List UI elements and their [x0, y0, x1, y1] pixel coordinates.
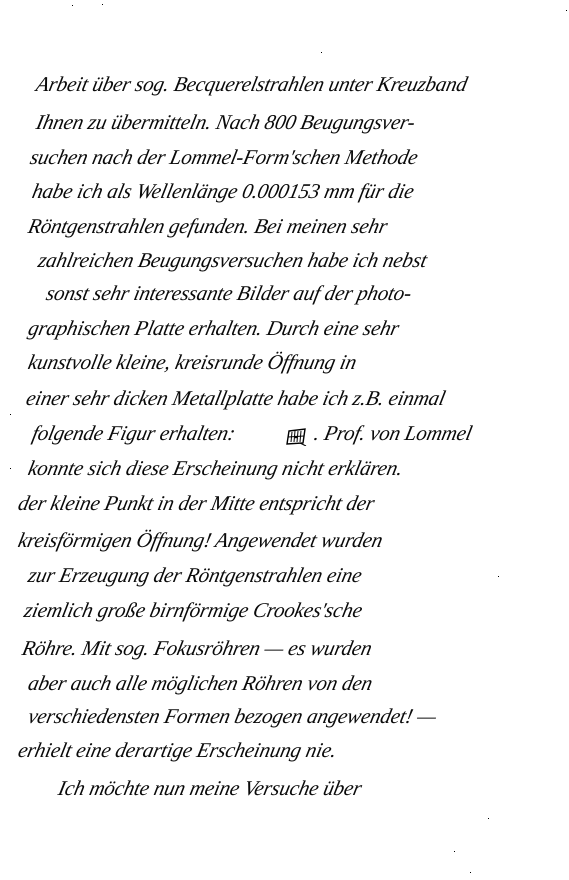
handwritten-line-18: aber auch alle möglichen Röhren von den	[26, 671, 375, 695]
scan-speck	[10, 414, 11, 415]
handwritten-line-11b: . Prof. von Lommel	[312, 421, 474, 445]
scan-speck	[72, 5, 73, 6]
handwritten-line-17: Röhre. Mit sog. Fokusröhren — es wurden	[20, 636, 374, 660]
scan-speck	[454, 851, 455, 852]
handwritten-line-11a: folgende Figur erhalten:	[30, 421, 238, 445]
handwritten-line-20: erhielt eine derartige Erscheinung nie.	[16, 738, 339, 762]
handwritten-line-7: sonst sehr interessante Bilder auf der p…	[44, 281, 414, 305]
scan-speck	[470, 872, 471, 873]
scan-speck	[566, 10, 567, 11]
scan-speck	[10, 468, 11, 469]
letter-page: Arbeit über sog. Becquerelstrahlen unter…	[0, 0, 569, 880]
scan-speck	[488, 818, 489, 819]
handwritten-line-8: graphischen Platte erhalten. Durch eine …	[26, 316, 401, 340]
handwritten-line-12: konnte sich diese Erscheinung nicht erkl…	[26, 456, 405, 480]
handwritten-line-19: verschiedensten Formen bezogen angewende…	[26, 704, 439, 728]
handwritten-line-15: zur Erzeugung der Röntgenstrahlen eine	[26, 563, 364, 587]
handwritten-line-16: ziemlich große birnförmige Crookes'sche	[22, 598, 365, 622]
scan-speck	[321, 52, 322, 53]
scan-speck	[102, 4, 103, 5]
handwritten-line-3: suchen nach der Lommel-Form'schen Method…	[28, 145, 420, 169]
handwritten-line-5: Röntgenstrahlen gefunden. Bei meinen seh…	[26, 214, 390, 238]
handwritten-line-1: Arbeit über sog. Becquerelstrahlen unter…	[34, 72, 470, 96]
handwritten-line-10: einer sehr dicken Metallplatte habe ich …	[24, 386, 448, 410]
handwritten-line-6: zahlreichen Beugungsversuchen habe ich n…	[36, 248, 429, 272]
handwritten-line-14: kreisförmigen Öffnung! Angewendet wurden	[16, 528, 385, 552]
scan-speck	[498, 576, 499, 577]
sketch-figure-icon	[286, 428, 308, 446]
handwritten-line-9: kunstvolle kleine, kreisrunde Öffnung in	[26, 350, 359, 374]
handwritten-line-4: habe ich als Wellenlänge 0.000153 mm für…	[30, 179, 416, 203]
handwritten-line-2: Ihnen zu übermitteln. Nach 800 Beugungsv…	[34, 110, 417, 134]
handwritten-line-13: der kleine Punkt in der Mitte entspricht…	[16, 491, 377, 515]
handwritten-line-21: Ich möchte nun meine Versuche über	[56, 776, 364, 800]
